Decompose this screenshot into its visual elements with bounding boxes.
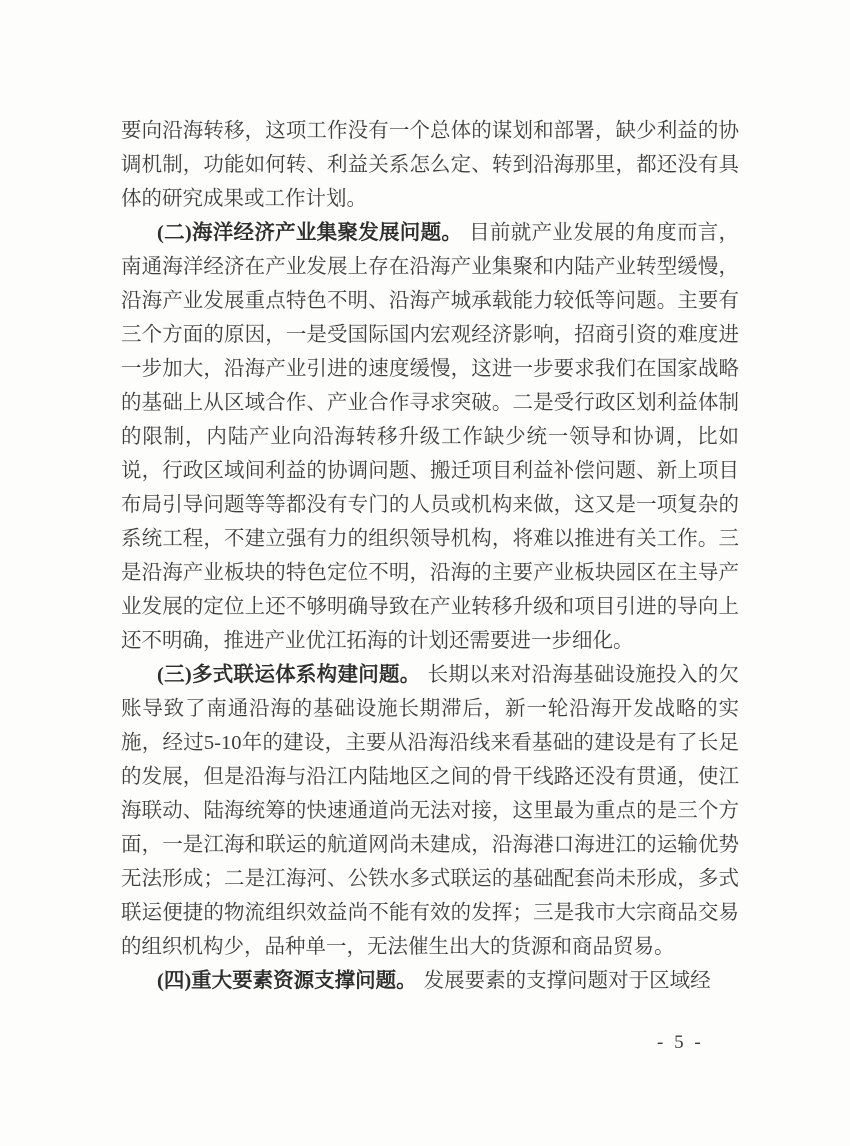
paragraph-text: 目前就产业发展的角度而言，南通海洋经济在产业发展上存在沿海产业集聚和内陆产业转型… — [121, 222, 739, 652]
section-heading: (四)重大要素资源支撑问题。 — [157, 970, 417, 992]
section-heading: (三)多式联运体系构建问题。 — [157, 664, 421, 686]
paragraph-text: 发展要素的支撑问题对于区域经 — [424, 970, 711, 992]
paragraph-text: 要向沿海转移，这项工作没有一个总体的谋划和部署，缺少利益的协调机制，功能如何转、… — [121, 120, 739, 210]
document-text-block: 要向沿海转移，这项工作没有一个总体的谋划和部署，缺少利益的协调机制，功能如何转、… — [121, 114, 739, 998]
paragraph-text: 长期以来对沿海基础设施投入的欠账导致了南通沿海的基础设施长期滞后，新一轮沿海开发… — [121, 664, 739, 958]
section-heading: (二)海洋经济产业集聚发展问题。 — [157, 222, 462, 244]
page-number: - 5 - — [657, 1031, 704, 1055]
document-page: 要向沿海转移，这项工作没有一个总体的谋划和部署，缺少利益的协调机制，功能如何转、… — [0, 0, 850, 1146]
paragraph-section-three: (三)多式联运体系构建问题。长期以来对沿海基础设施投入的欠账导致了南通沿海的基础… — [121, 658, 739, 964]
paragraph-section-two: (二)海洋经济产业集聚发展问题。目前就产业发展的角度而言，南通海洋经济在产业发展… — [121, 216, 739, 658]
paragraph-continuation: 要向沿海转移，这项工作没有一个总体的谋划和部署，缺少利益的协调机制，功能如何转、… — [121, 114, 739, 216]
paragraph-section-four: (四)重大要素资源支撑问题。发展要素的支撑问题对于区域经 — [121, 964, 739, 998]
